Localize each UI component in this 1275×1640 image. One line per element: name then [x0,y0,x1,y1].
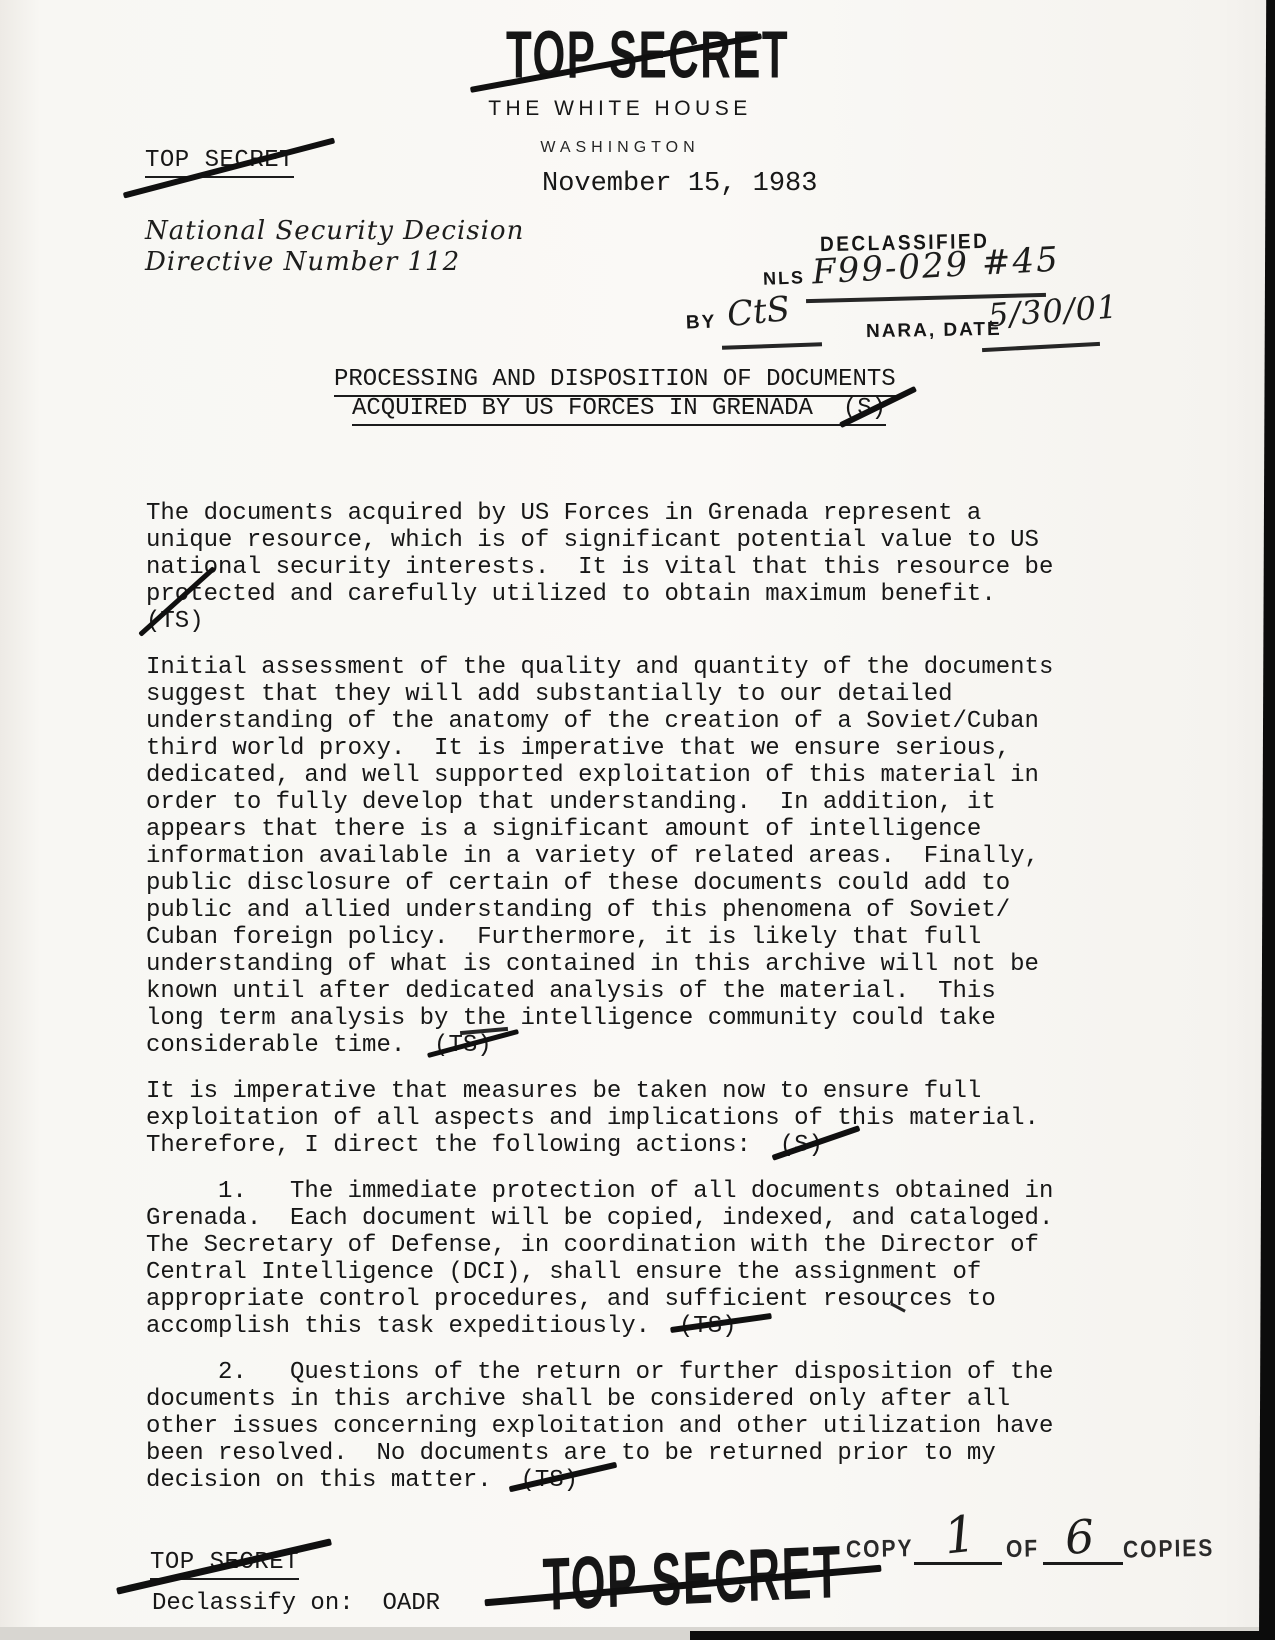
directive-item-2: 2. Questions of the return or further di… [146,1359,1086,1494]
top-secret-stamp-top: TOP SECRET [466,24,776,86]
directive-title-line1: National Security Decision [145,216,524,247]
directive-title-line2: Directive Number 112 [145,247,524,278]
nls-label: NLS [763,267,806,289]
of-label: OF [1005,1536,1039,1568]
scan-right-edge [1259,0,1275,1640]
document-body: The documents acquired by US Forces in G… [146,500,1086,1494]
scanned-document-page: TOP SECRET THE WHITE HOUSE WASHINGTON No… [0,0,1275,1640]
subject-line1: PROCESSING AND DISPOSITION OF DOCUMENTS [334,366,896,397]
document-date: November 15, 1983 [542,169,817,199]
by-initials-handwritten: CtS [725,289,792,335]
nara-date-label: NARA, DATE [866,319,1002,343]
paragraph-3: It is imperative that measures be taken … [146,1078,1086,1159]
copies-label: COPIES [1122,1535,1214,1568]
by-label: BY [686,311,717,334]
copies-total-slot: 6 [1043,1520,1123,1565]
paragraph-2: Initial assessment of the quality and qu… [146,654,1086,1059]
letterhead-washington: WASHINGTON [500,139,740,157]
scan-bottom-edge [690,1631,1275,1640]
date-underline [982,342,1100,352]
release-date-handwritten: 5/30/01 [987,287,1120,334]
paragraph-1: The documents acquired by US Forces in G… [146,500,1086,635]
directive-item-1: 1. The immediate protection of all docum… [146,1178,1086,1340]
copy-number-handwritten: 1 [941,1504,979,1565]
copy-count-row: COPY 1 OF 6 COPIES [846,1520,1214,1565]
directive-title: National Security Decision Directive Num… [145,216,524,278]
subject-line2-row: ACQUIRED BY US FORCES IN GRENADA(S) [352,395,886,426]
copy-label: COPY [846,1535,914,1567]
by-underline [722,342,822,349]
copy-number-slot: 1 [914,1520,1002,1565]
strike-mark-classification-bottom [116,1538,332,1594]
copies-total-handwritten: 6 [1063,1509,1096,1565]
letterhead-white-house: THE WHITE HOUSE [455,97,785,121]
declassify-on-line: Declassify on: OADR [152,1590,440,1617]
subject-line2: ACQUIRED BY US FORCES IN GRENADA [352,395,813,422]
